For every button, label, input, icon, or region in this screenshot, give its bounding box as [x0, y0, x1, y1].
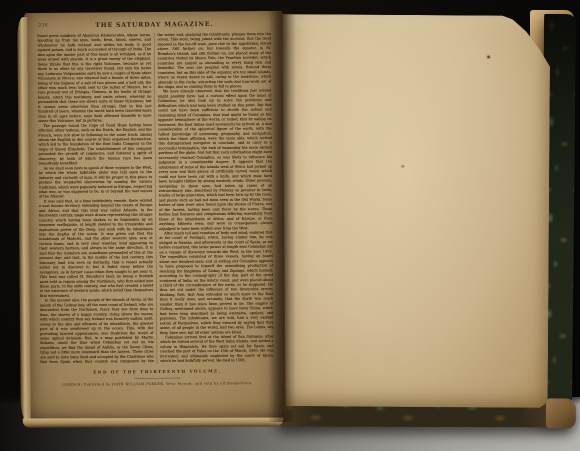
left-page: 236 THE SATURDAY MAGAZINE. found great n… [24, 11, 286, 421]
page-header: 236 THE SATURDAY MAGAZINE. [37, 18, 271, 34]
right-page [280, 14, 551, 408]
text-column-right: the water, and, grasping the inhabitants… [154, 32, 274, 364]
paragraph: found great numbers of Abaliscus Rhinoce… [37, 33, 151, 124]
imprint-rule [134, 378, 180, 379]
paragraph: We have already observed, that the tradi… [158, 89, 273, 232]
masthead: THE SATURDAY MAGAZINE. [37, 19, 271, 29]
paragraph: As we shall soon have to speak of those … [39, 165, 153, 199]
paragraph: In like manner also, the people of the i… [40, 298, 154, 365]
left-page-content: 236 THE SATURDAY MAGAZINE. found great n… [37, 18, 275, 425]
photo-backdrop: 236 THE SATURDAY MAGAZINE. found great n… [0, 0, 580, 451]
paragraph: The passage round the Cape of Good Hope … [38, 123, 152, 167]
paragraph: the water, and, grasping the inhabitants… [157, 32, 271, 90]
paragraph: After much toil and vexation of body and… [159, 230, 273, 335]
text-columns: found great numbers of Abaliscus Rhinoce… [37, 32, 274, 365]
text-column-left: found great numbers of Abaliscus Rhinoce… [37, 33, 153, 365]
paragraph: In our next paper we shall enter upon th… [160, 363, 274, 365]
foxing-spots [282, 14, 285, 17]
paragraph: It was said that, at a time indefinitely… [39, 198, 153, 298]
page-footer: END OF THE THIRTEENTH VOLUME. LONDON: Pu… [40, 368, 274, 387]
paragraph: Columbus arrived first at the island of … [160, 334, 274, 363]
volume-end-line: END OF THE THIRTEENTH VOLUME. [40, 368, 274, 375]
imprint-line: LONDON: Published by JOHN WILLIAM PARKER… [40, 381, 274, 387]
